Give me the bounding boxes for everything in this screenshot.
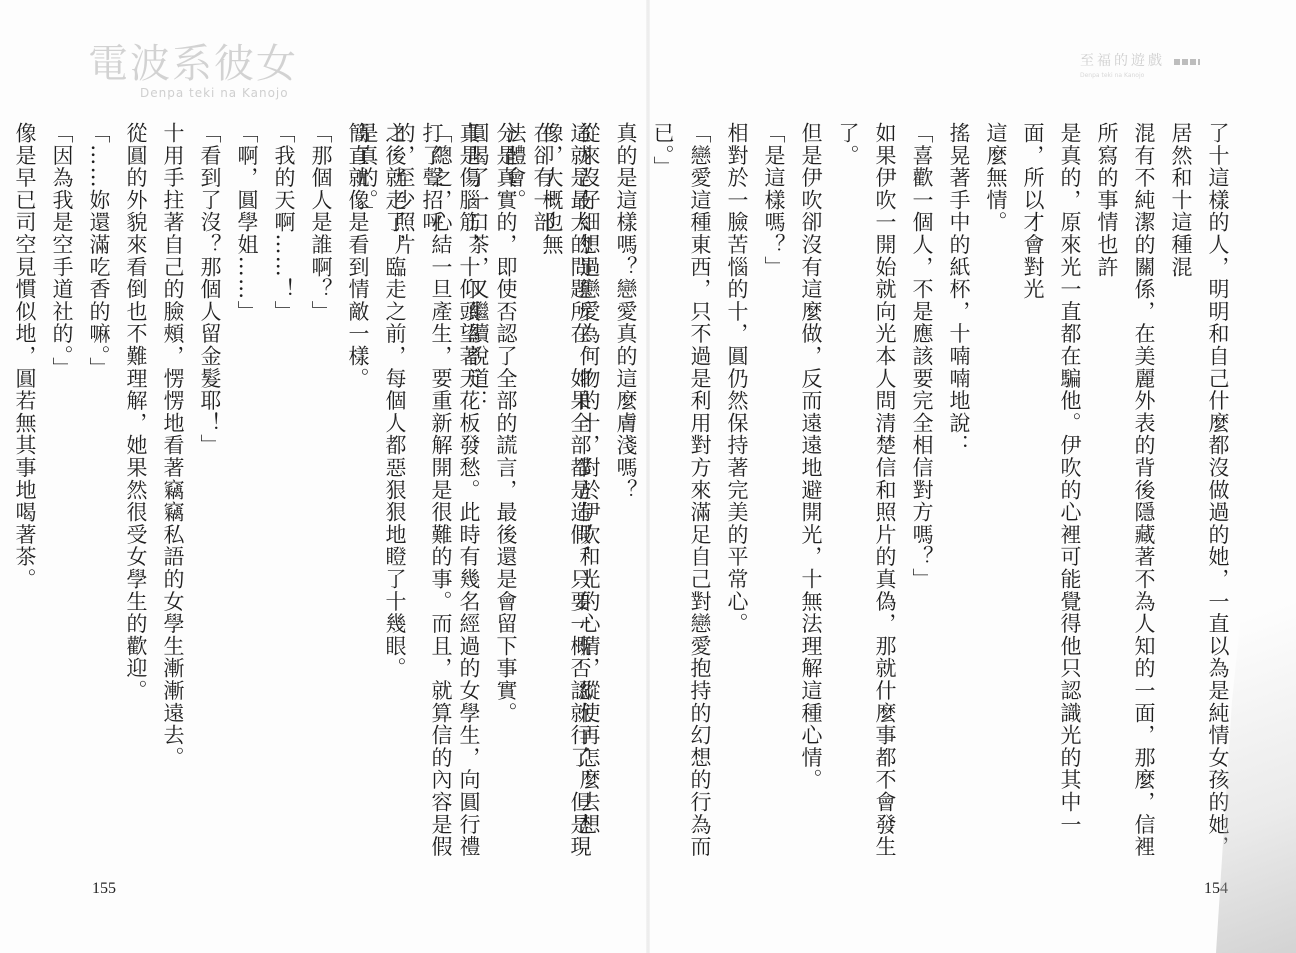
paragraph: 「……妳還滿吃香的嘛。」: [80, 122, 117, 872]
paragraph: 法體會。: [496, 122, 533, 872]
series-romaji: Denpa teki na Kanojo: [140, 86, 298, 100]
paragraph: 圓在學校裡好像也公開表明自己討厭男生，但是現在卻被剛才那些女學生看見和十交談: [0, 122, 6, 872]
chapter-subtitle: Denpa teki na Kanojo: [1080, 72, 1200, 79]
paragraph: 如果伊吹一開始就向光本人問清楚信和照片的真偽，那就什麼事都不會發生了。: [829, 122, 903, 872]
paragraph: 從來沒仔細想過戀愛為何物的十，對於伊吹和光的心情，縱使再怎麼去想像，大概也無: [533, 122, 607, 872]
paragraph: 圓喝了一口茶，又繼續說道：: [459, 122, 496, 872]
paragraph: 十用手拄著自己的臉頰，愣愣地看著竊竊私語的女學生漸漸遠去。: [154, 122, 191, 872]
book-spread: 電波系彼女 Denpa teki na Kanojo 分是真實的，即使否認了全部…: [0, 0, 1296, 953]
paragraph: 「總之，心結一旦產生，要重新解開是很難的事。而且，就算信的內容是假的，至少照片: [385, 122, 459, 872]
paragraph: 像是早已司空見慣似地，圓若無其事地喝著茶。: [6, 122, 43, 872]
chapter-header: 至福的遊戲 Denpa teki na Kanojo: [1080, 50, 1200, 79]
paragraph: 從圓的外貌來看倒也不難理解，她果然很受女學生的歡迎。: [117, 122, 154, 872]
paragraph: 「看到了沒？那個人留金髮耶！」: [191, 122, 228, 872]
right-page: 至福的遊戲 Denpa teki na Kanojo 了十這樣的人，明明和自己什…: [648, 0, 1296, 953]
paragraph: 真的是這樣嗎？戀愛真的這麼膚淺嗎？: [607, 122, 644, 872]
paragraph: 「是這樣嗎？」: [755, 122, 792, 872]
decorative-blocks-icon: [1174, 59, 1200, 65]
paragraph: 但是伊吹卻沒有這麼做，反而遠遠地避開光，十無法理解這種心情。: [792, 122, 829, 872]
paragraph: 「戀愛這種東西，只不過是利用對方來滿足自己對戀愛抱持的幻想的行為而已。」: [644, 122, 718, 872]
paragraph: 「啊，圓學姐……」: [228, 122, 265, 872]
page-number: 155: [92, 880, 116, 898]
chapter-title: 至福的遊戲: [1080, 53, 1165, 69]
paragraph: 這麼無情。: [977, 122, 1014, 872]
paragraph: 了十這樣的人，明明和自己什麼都沒做過的她，一直以為是純情女孩的她，居然和十這種混: [1162, 122, 1236, 872]
right-page-text: 了十這樣的人，明明和自己什麼都沒做過的她，一直以為是純情女孩的她，居然和十這種混…: [348, 122, 1236, 872]
paragraph: 相對於一臉苦惱的十，圓仍然保持著完美的平常心。: [718, 122, 755, 872]
paragraph: 混有不純潔的關係，在美麗外表的背後隱藏著不為人知的一面，那麼，信裡所寫的事情也許: [1088, 122, 1162, 872]
paragraph: 「那個人是誰啊？」: [302, 122, 339, 872]
paragraph: 「因為我是空手道社的。」: [43, 122, 80, 872]
paragraph: 「喜歡一個人，不是應該要完全相信對方嗎？」: [903, 122, 940, 872]
paragraph: 是真的。」: [348, 122, 385, 872]
paragraph: 「我的天啊……！」: [265, 122, 302, 872]
series-title: 電波系彼女: [88, 42, 298, 86]
series-logo: 電波系彼女 Denpa teki na Kanojo: [88, 42, 298, 100]
paragraph: 搖晃著手中的紙杯，十喃喃地說：: [940, 122, 977, 872]
paragraph: 是真的，原來光一直都在騙他。伊吹的心裡可能覺得他只認識光的其中一面，所以才會對光: [1014, 122, 1088, 872]
